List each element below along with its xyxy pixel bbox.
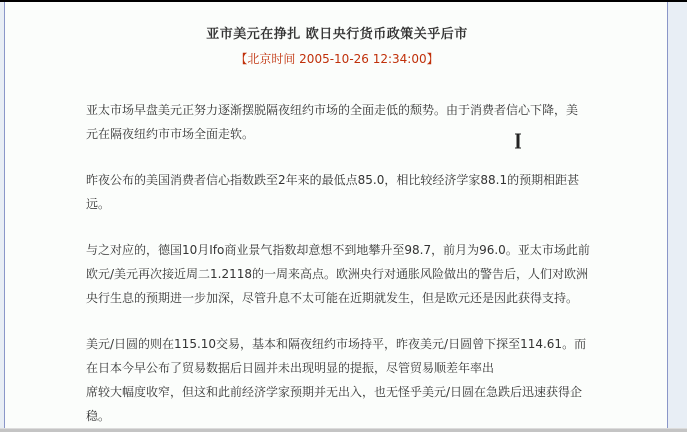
text-line: 元在隔夜纽约市市场全面走软。 bbox=[86, 122, 606, 146]
paragraph-3: 与之对应的，德国10月Ifo商业景气指数却意想不到地攀升至98.7，前月为96.… bbox=[86, 238, 606, 310]
paragraph-2: 昨夜公布的美国消费者信心指数跌至2年来的最低点85.0，相比较经济学家88.1的… bbox=[86, 168, 606, 216]
text-line: 昨夜公布的美国消费者信心指数跌至2年来的最低点85.0，相比较经济学家88.1的… bbox=[86, 168, 606, 192]
article-datetime: 【北京时间 2005-10-26 12:34:00】 bbox=[5, 50, 669, 67]
text-line: 欧元/美元再次接近周二1.2118的一周来高点。欧洲央行对通胀风险做出的警告后，… bbox=[86, 262, 606, 286]
right-gutter bbox=[668, 2, 687, 428]
article-title: 亚市美元在挣扎 欧日央行货币政策关乎后市 bbox=[5, 23, 669, 42]
bottom-border bbox=[0, 428, 687, 432]
text-line: 与之对应的，德国10月Ifo商业景气指数却意想不到地攀升至98.7，前月为96.… bbox=[86, 238, 606, 262]
text-line: 远。 bbox=[86, 192, 606, 216]
text-line: 在日本今早公布了贸易数据后日圆并未出现明显的提振，尽管贸易顺差年率出 bbox=[86, 356, 606, 380]
paragraph-4: 美元/日圆的则在115.10交易，基本和隔夜纽约市场持平，昨夜美元/日圆曾下探至… bbox=[86, 332, 606, 428]
text-line: 席较大幅度收窄，但这和此前经济学家预期并无出入，也无怪乎美元/日圆在急跌后迅速获… bbox=[86, 380, 606, 404]
text-line: 稳。 bbox=[86, 404, 606, 428]
text-line: 亚太市场早盘美元正努力逐渐摆脱隔夜纽约市场的全面走低的颓势。由于消费者信心下降，… bbox=[86, 98, 606, 122]
text-line: 央行生息的预期进一步加深，尽管升息不太可能在近期就发生，但是欧元还是因此获得支持… bbox=[86, 286, 606, 310]
article-page: 亚市美元在挣扎 欧日央行货币政策关乎后市 【北京时间 2005-10-26 12… bbox=[4, 2, 668, 428]
paragraph-1: 亚太市场早盘美元正努力逐渐摆脱隔夜纽约市场的全面走低的颓势。由于消费者信心下降，… bbox=[86, 98, 606, 146]
article-body: 亚太市场早盘美元正努力逐渐摆脱隔夜纽约市场的全面走低的颓势。由于消费者信心下降，… bbox=[86, 98, 606, 428]
text-line: 美元/日圆的则在115.10交易，基本和隔夜纽约市场持平，昨夜美元/日圆曾下探至… bbox=[86, 332, 606, 356]
text-ibeam-cursor-icon bbox=[513, 133, 523, 149]
